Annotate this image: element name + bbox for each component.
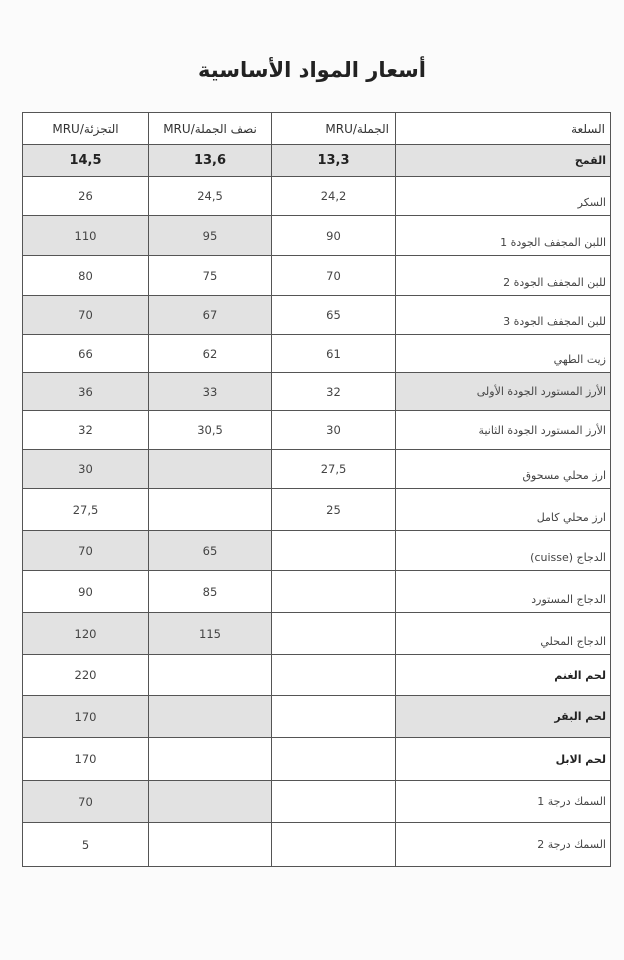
cell-wholesale: 70 bbox=[272, 256, 396, 296]
cell-commodity: لحم البقر bbox=[396, 696, 611, 738]
cell-retail: 27,5 bbox=[23, 489, 149, 531]
table-row: 26 24,5 24,2 السكر bbox=[23, 177, 611, 216]
cell-retail: 30 bbox=[23, 450, 149, 489]
cell-commodity: الدجاج المحلي bbox=[396, 613, 611, 655]
header-wholesale: الجملة/MRU bbox=[272, 113, 396, 145]
cell-half-wholesale: 67 bbox=[149, 296, 272, 335]
cell-commodity: السمك درجة 1 bbox=[396, 781, 611, 823]
cell-half-wholesale: 30,5 bbox=[149, 411, 272, 450]
table-row: 36 33 32 الأرز المستورد الجودة الأولى bbox=[23, 373, 611, 411]
table-row: 220 لحم الغنم bbox=[23, 655, 611, 696]
cell-commodity: القمح bbox=[396, 145, 611, 177]
cell-wholesale: 27,5 bbox=[272, 450, 396, 489]
cell-retail: 170 bbox=[23, 738, 149, 781]
cell-half-wholesale bbox=[149, 738, 272, 781]
cell-wholesale bbox=[272, 696, 396, 738]
table-row: 14,5 13,6 13,3 القمح bbox=[23, 145, 611, 177]
cell-commodity: لحم الغنم bbox=[396, 655, 611, 696]
cell-half-wholesale: 95 bbox=[149, 216, 272, 256]
table-row: 27,5 25 ارز محلي كامل bbox=[23, 489, 611, 531]
cell-retail: 70 bbox=[23, 296, 149, 335]
cell-commodity: السكر bbox=[396, 177, 611, 216]
cell-wholesale: 90 bbox=[272, 216, 396, 256]
table-row: 70 65 الدجاج (cuisse) bbox=[23, 531, 611, 571]
cell-retail: 170 bbox=[23, 696, 149, 738]
cell-half-wholesale: 24,5 bbox=[149, 177, 272, 216]
cell-commodity: الدجاج (cuisse) bbox=[396, 531, 611, 571]
cell-half-wholesale bbox=[149, 450, 272, 489]
cell-retail: 36 bbox=[23, 373, 149, 411]
cell-wholesale: 25 bbox=[272, 489, 396, 531]
cell-retail: 80 bbox=[23, 256, 149, 296]
cell-wholesale: 13,3 bbox=[272, 145, 396, 177]
cell-commodity: لحم الابل bbox=[396, 738, 611, 781]
cell-wholesale: 30 bbox=[272, 411, 396, 450]
table-row: 70 67 65 للبن المجفف الجودة 3 bbox=[23, 296, 611, 335]
cell-wholesale: 32 bbox=[272, 373, 396, 411]
cell-commodity: السمك درجة 2 bbox=[396, 823, 611, 867]
cell-commodity: الأرز المستورد الجودة الأولى bbox=[396, 373, 611, 411]
cell-commodity: اللبن المجفف الجودة 1 bbox=[396, 216, 611, 256]
cell-retail: 70 bbox=[23, 781, 149, 823]
cell-wholesale bbox=[272, 571, 396, 613]
cell-retail: 14,5 bbox=[23, 145, 149, 177]
cell-half-wholesale bbox=[149, 489, 272, 531]
cell-half-wholesale bbox=[149, 823, 272, 867]
cell-wholesale bbox=[272, 738, 396, 781]
cell-half-wholesale: 62 bbox=[149, 335, 272, 373]
cell-half-wholesale: 85 bbox=[149, 571, 272, 613]
cell-retail: 26 bbox=[23, 177, 149, 216]
cell-commodity: ارز محلي مسحوق bbox=[396, 450, 611, 489]
table-header-row: التجزئة/MRU نصف الجملة/MRU الجملة/MRU ال… bbox=[23, 113, 611, 145]
cell-retail: 220 bbox=[23, 655, 149, 696]
table-row: 70 السمك درجة 1 bbox=[23, 781, 611, 823]
cell-retail: 5 bbox=[23, 823, 149, 867]
cell-half-wholesale: 75 bbox=[149, 256, 272, 296]
cell-wholesale bbox=[272, 781, 396, 823]
cell-half-wholesale bbox=[149, 696, 272, 738]
cell-wholesale bbox=[272, 823, 396, 867]
cell-commodity: ارز محلي كامل bbox=[396, 489, 611, 531]
cell-half-wholesale: 13,6 bbox=[149, 145, 272, 177]
cell-wholesale: 65 bbox=[272, 296, 396, 335]
page-title: أسعار المواد الأساسية bbox=[0, 58, 624, 82]
cell-commodity: للبن المجفف الجودة 3 bbox=[396, 296, 611, 335]
cell-wholesale bbox=[272, 613, 396, 655]
cell-commodity: زيت الطهي bbox=[396, 335, 611, 373]
table-row: 80 75 70 للبن المجفف الجودة 2 bbox=[23, 256, 611, 296]
table-row: 66 62 61 زيت الطهي bbox=[23, 335, 611, 373]
cell-retail: 90 bbox=[23, 571, 149, 613]
cell-wholesale: 24,2 bbox=[272, 177, 396, 216]
table-row: 170 لحم الابل bbox=[23, 738, 611, 781]
cell-half-wholesale bbox=[149, 781, 272, 823]
cell-half-wholesale: 33 bbox=[149, 373, 272, 411]
table-row: 30 27,5 ارز محلي مسحوق bbox=[23, 450, 611, 489]
prices-table: التجزئة/MRU نصف الجملة/MRU الجملة/MRU ال… bbox=[22, 112, 611, 867]
table-row: 5 السمك درجة 2 bbox=[23, 823, 611, 867]
table-row: 32 30,5 30 الأرز المستورد الجودة الثانية bbox=[23, 411, 611, 450]
cell-commodity: للبن المجفف الجودة 2 bbox=[396, 256, 611, 296]
cell-retail: 70 bbox=[23, 531, 149, 571]
cell-half-wholesale: 65 bbox=[149, 531, 272, 571]
table-row: 110 95 90 اللبن المجفف الجودة 1 bbox=[23, 216, 611, 256]
cell-commodity: الأرز المستورد الجودة الثانية bbox=[396, 411, 611, 450]
table-row: 90 85 الدجاج المستورد bbox=[23, 571, 611, 613]
cell-half-wholesale bbox=[149, 655, 272, 696]
header-commodity: السلعة bbox=[396, 113, 611, 145]
cell-commodity: الدجاج المستورد bbox=[396, 571, 611, 613]
table-row: 120 115 الدجاج المحلي bbox=[23, 613, 611, 655]
cell-retail: 66 bbox=[23, 335, 149, 373]
header-half-wholesale: نصف الجملة/MRU bbox=[149, 113, 272, 145]
cell-retail: 110 bbox=[23, 216, 149, 256]
cell-retail: 120 bbox=[23, 613, 149, 655]
cell-wholesale bbox=[272, 655, 396, 696]
cell-wholesale bbox=[272, 531, 396, 571]
cell-half-wholesale: 115 bbox=[149, 613, 272, 655]
cell-retail: 32 bbox=[23, 411, 149, 450]
header-retail: التجزئة/MRU bbox=[23, 113, 149, 145]
table-row: 170 لحم البقر bbox=[23, 696, 611, 738]
cell-wholesale: 61 bbox=[272, 335, 396, 373]
